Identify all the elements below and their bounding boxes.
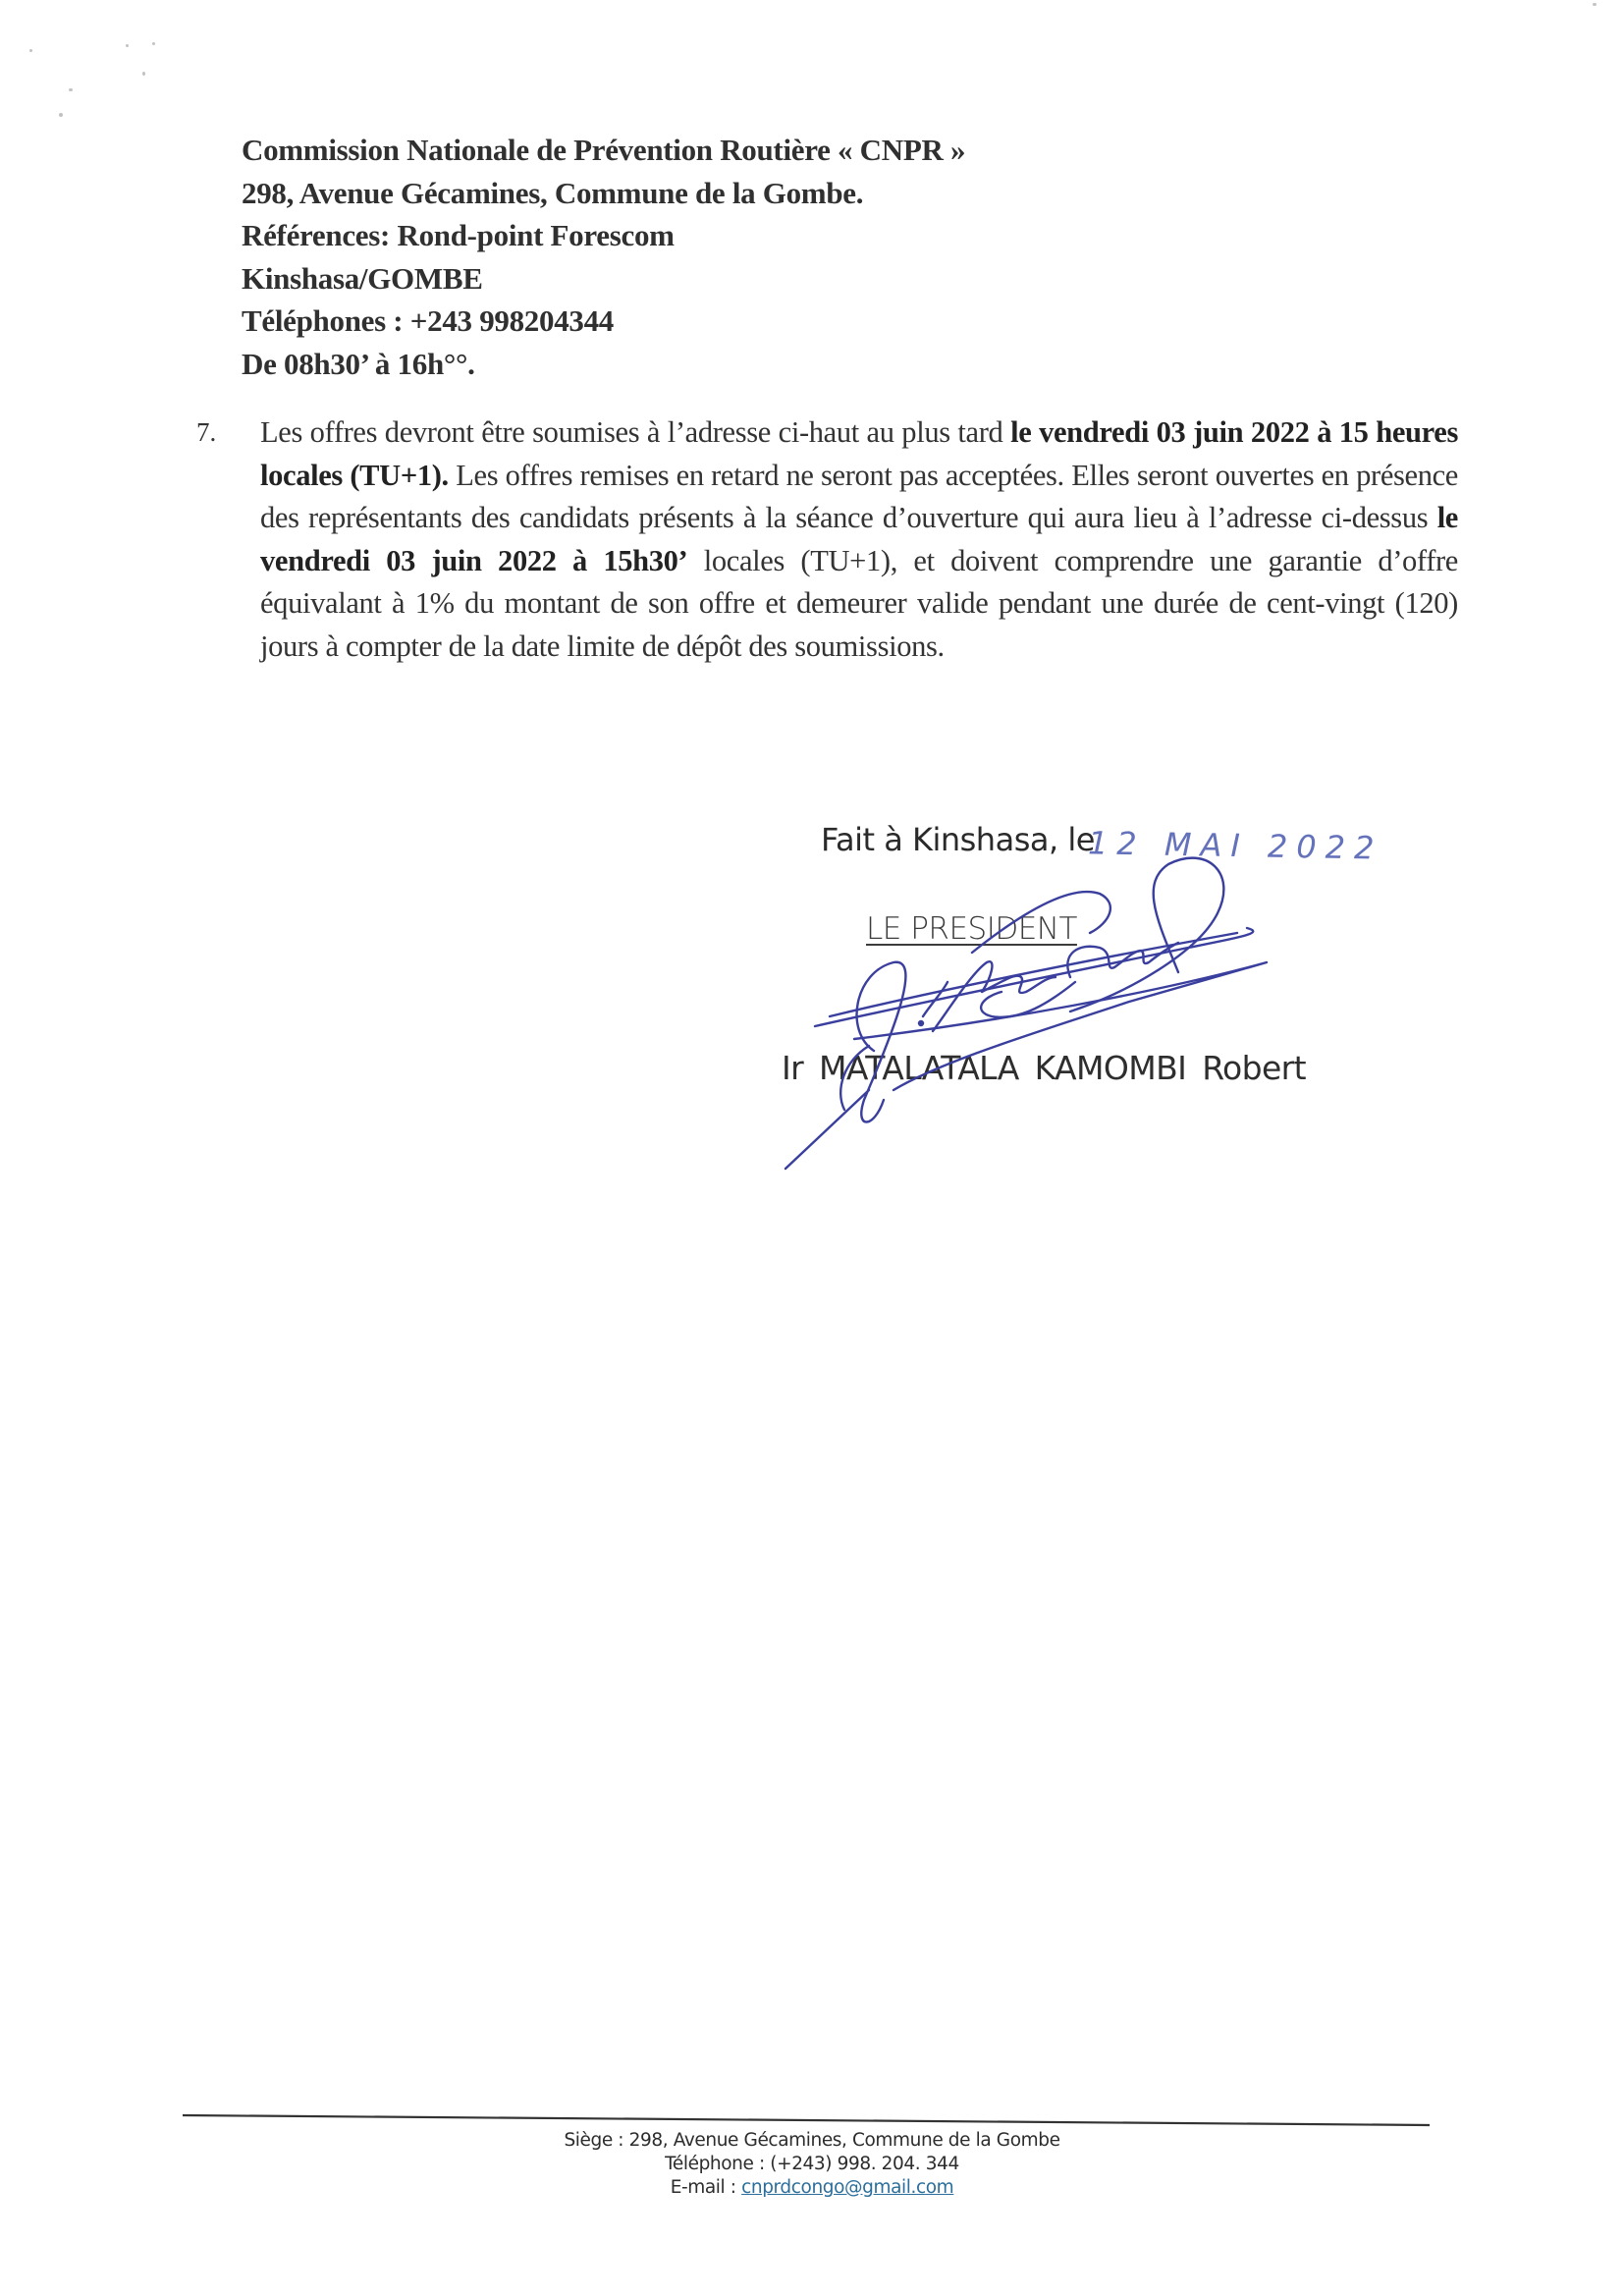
footer: Siège : 298, Avenue Gécamines, Commune d… [0,2129,1624,2200]
clause-number: 7. [196,411,216,455]
office-hours: De 08h30’ à 16h°°. [242,343,1125,386]
date-stamp: 12 MAI 2022 [1088,824,1383,866]
signer-name: Ir MATALATALA KAMOMBI Robert [782,1049,1306,1087]
address-block: Commission Nationale de Prévention Routi… [242,129,1125,385]
organization-name: Commission Nationale de Prévention Routi… [242,129,1125,172]
signature-block: Fait à Kinshasa, le 12 MAI 2022 LE PRESI… [776,805,1384,1178]
role-title: LE PRESIDENT [866,911,1077,947]
city: Kinshasa/GOMBE [242,257,1125,301]
scan-speck [1593,3,1597,6]
footer-email-label: E-mail : [671,2177,736,2198]
street-address: 298, Avenue Gécamines, Commune de la Gom… [242,172,1125,215]
place-date-label: Fait à Kinshasa, le [821,821,1095,858]
clause-segment: Les offres devront être soumises à l’adr… [260,415,1010,449]
scan-speck [142,72,145,76]
scan-speck [152,42,155,45]
scan-speck [59,113,63,117]
clause-body: Les offres devront être soumises à l’adr… [260,411,1458,668]
footer-email-link[interactable]: cnprdcongo@gmail.com [741,2177,953,2198]
address-reference: Références: Rond-point Forescom [242,214,1125,257]
phone-numbers: Téléphones : +243 998204344 [242,300,1125,343]
footer-email-line: E-mail : cnprdcongo@gmail.com [0,2176,1624,2200]
scan-speck [29,49,32,52]
scan-speck [69,88,73,91]
footer-headquarters: Siège : 298, Avenue Gécamines, Commune d… [0,2129,1624,2153]
scan-speck [126,44,129,47]
footer-telephone: Téléphone : (+243) 998. 204. 344 [0,2153,1624,2176]
